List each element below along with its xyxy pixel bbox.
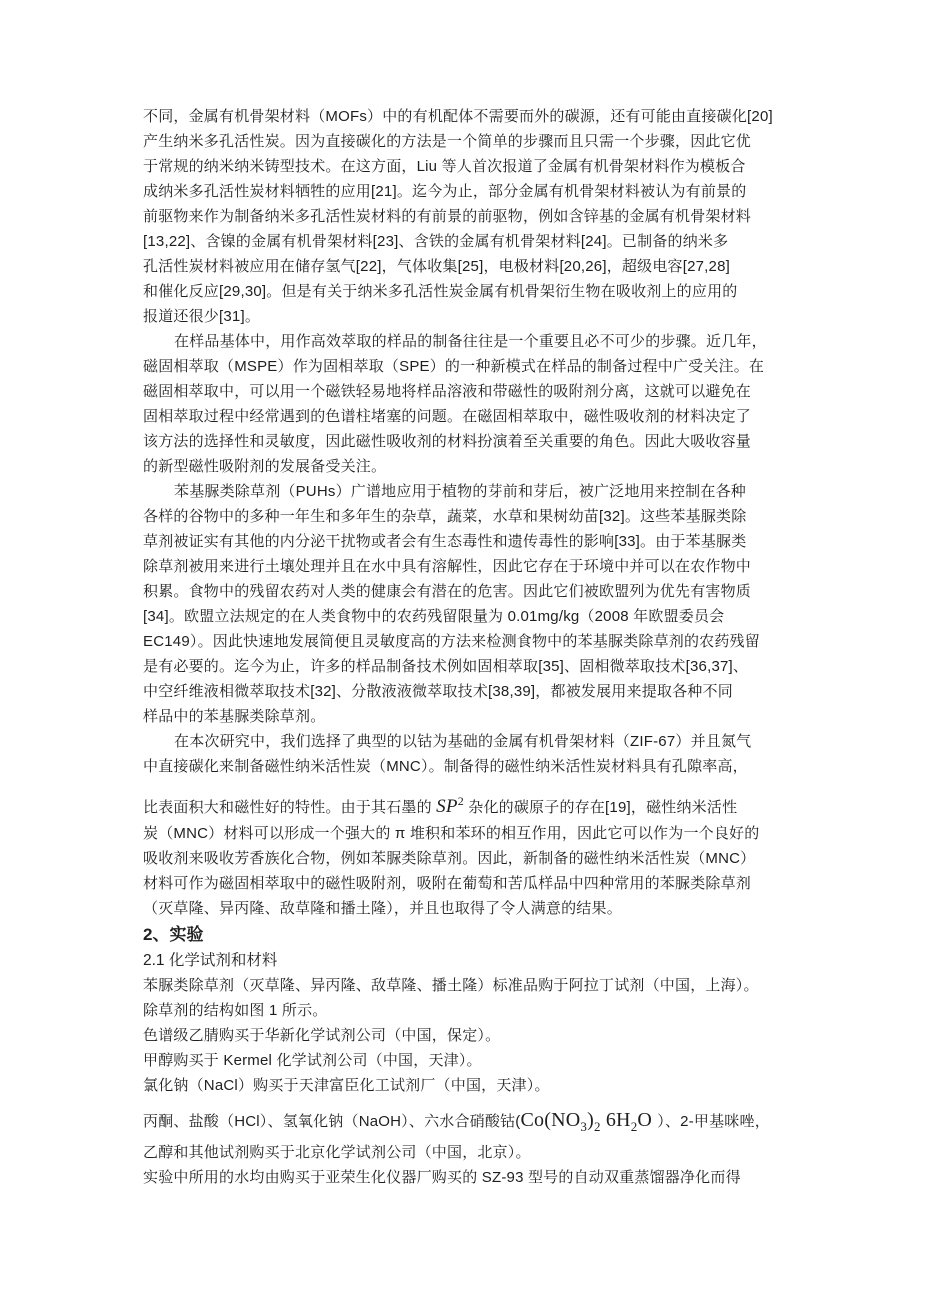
paragraph-acetonitrile-source: 色谱级乙腈购买于华新化学试剂公司（中国，保定）。 bbox=[143, 1023, 789, 1048]
text-line: 炭（MNC）材料可以形成一个强大的 π 堆积和苯环的相互作用，因此它可以作为一个… bbox=[143, 821, 789, 846]
text-segment: 报道还很少[31]。 bbox=[143, 308, 260, 325]
text-segment: 是有必要的。迄今为止，许多的样品制备技术例如固相萃取[35]、固相微萃取技术[3… bbox=[143, 658, 748, 675]
text-line: 中直接碳化来制备磁性纳米活性炭（MNC）。制备得的磁性纳米活性炭材料具有孔隙率高… bbox=[143, 754, 789, 779]
text-segment: 于常规的纳米纳米铸型技术。在这方面，Liu 等人首次报道了金属有机骨架材料作为模… bbox=[143, 158, 746, 175]
text-line: 乙醇和其他试剂购买于北京化学试剂公司（中国，北京）。 bbox=[143, 1140, 789, 1165]
document-page: 不同，金属有机骨架材料（MOFs）中的有机配体不需要而外的碳源，还有可能由直接碳… bbox=[143, 104, 789, 1190]
text-line: 中空纤维液相微萃取技术[32]、分散液液微萃取技术[38,39]，都被发展用来提… bbox=[143, 679, 789, 704]
text-line: 甲醇购买于 Kermel 化学试剂公司（中国，天津）。 bbox=[143, 1048, 789, 1073]
text-line: 氯化钠（NaCl）购买于天津富臣化工试剂厂（中国，天津）。 bbox=[143, 1073, 789, 1098]
formula-segment: O bbox=[637, 1109, 657, 1131]
text-segment: 乙醇和其他试剂购买于北京化学试剂公司（中国，北京）。 bbox=[143, 1144, 531, 1161]
text-line: 材料可作为磁固相萃取中的磁性吸附剂，吸附在葡萄和苦瓜样品中四种常用的苯脲类除草剂 bbox=[143, 871, 789, 896]
text-line: 在样品基体中，用作高效萃取的样品的制备往往是一个重要且必不可少的步骤。近几年， bbox=[143, 329, 789, 354]
text-segment: 材料可作为磁固相萃取中的磁性吸附剂，吸附在葡萄和苦瓜样品中四种常用的苯脲类除草剂 bbox=[143, 875, 751, 892]
formula-segment: 6H bbox=[601, 1109, 631, 1131]
text-segment: [34]。欧盟立法规定的在人类食物中的农药残留限量为 0.01mg/kg（200… bbox=[143, 608, 724, 625]
text-segment: 前驱物来作为制备纳米多孔活性炭材料的有前景的前驱物，例如含锌基的金属有机骨架材料 bbox=[143, 208, 751, 225]
text-segment: 磁固相萃取中，可以用一个磁铁轻易地将样品溶液和带磁性的吸附剂分离，这就可以避免在 bbox=[143, 383, 751, 400]
text-line: 是有必要的。迄今为止，许多的样品制备技术例如固相萃取[35]、固相微萃取技术[3… bbox=[143, 654, 789, 679]
text-segment: 杂化的碳原子的存在[19]，磁性纳米活性 bbox=[464, 799, 737, 816]
text-segment: 该方法的选择性和灵敏度，因此磁性吸收剂的材料扮演着至关重要的角色。因此大吸收容量 bbox=[143, 433, 751, 450]
text-segment: 中直接碳化来制备磁性纳米活性炭（MNC）。制备得的磁性纳米活性炭材料具有孔隙率高… bbox=[143, 758, 748, 775]
text-segment: 草剂被证实有其他的内分泌干扰物或者会有生态毒性和遗传毒性的影响[33]。由于苯基… bbox=[143, 533, 746, 550]
text-line: 和催化反应[29,30]。但是有关于纳米多孔活性炭金属有机骨架衍生物在吸收剂上的… bbox=[143, 279, 789, 304]
text-line: 吸收剂来吸收芳香族化合物，例如苯脲类除草剂。因此，新制备的磁性纳米活性炭（MNC… bbox=[143, 846, 789, 871]
text-segment: 苯基脲类除草剂（PUHs）广谱地应用于植物的芽前和芽后，被广泛地用来控制在各种 bbox=[174, 483, 746, 500]
text-line: 成纳米多孔活性炭材料牺牲的应用[21]。迄今为止，部分金属有机骨架材料被认为有前… bbox=[143, 179, 789, 204]
text-segment: 孔活性炭材料被应用在储存氢气[22]，气体收集[25]，电极材料[20,26]，… bbox=[143, 258, 730, 275]
text-segment: 各样的谷物中的多种一年生和多年生的杂草，蔬菜，水草和果树幼苗[32]。这些苯基脲… bbox=[143, 508, 746, 525]
text-segment: 成纳米多孔活性炭材料牺牲的应用[21]。迄今为止，部分金属有机骨架材料被认为有前… bbox=[143, 183, 746, 200]
text-segment: 除草剂被用来进行土壤处理并且在水中具有溶解性，因此它存在于环境中并可以在农作物中 bbox=[143, 558, 751, 575]
text-line: [13,22]、含镍的金属有机骨架材料[23]、含铁的金属有机骨架材料[24]。… bbox=[143, 229, 789, 254]
text-segment: ）、2-甲基咪唑， bbox=[657, 1113, 770, 1130]
text-segment: 除草剂的结构如图 1 所示。 bbox=[143, 1002, 327, 1019]
text-segment: 色谱级乙腈购买于华新化学试剂公司（中国，保定）。 bbox=[143, 1027, 500, 1044]
text-line: EC149）。因此快速地发展简便且灵敏度高的方法来检测食物中的苯基脲类除草剂的农… bbox=[143, 629, 789, 654]
formula-segment: ) bbox=[587, 1109, 594, 1131]
text-segment: 炭（MNC）材料可以形成一个强大的 π 堆积和苯环的相互作用，因此它可以作为一个… bbox=[143, 825, 759, 842]
text-line: （灭草隆、异丙隆、敌草隆和播土隆），并且也取得了令人满意的结果。 bbox=[143, 896, 789, 921]
text-line: 固相萃取过程中经常遇到的色谱柱堵塞的问题。在磁固相萃取中，磁性吸收剂的材料决定了 bbox=[143, 404, 789, 429]
section-heading-experiment: 2、实验 bbox=[143, 921, 789, 948]
text-line: 草剂被证实有其他的内分泌干扰物或者会有生态毒性和遗传毒性的影响[33]。由于苯基… bbox=[143, 529, 789, 554]
document-body: 不同，金属有机骨架材料（MOFs）中的有机配体不需要而外的碳源，还有可能由直接碳… bbox=[143, 104, 789, 1190]
paragraph-mspe-introduction: 在样品基体中，用作高效萃取的样品的制备往往是一个重要且必不可少的步骤。近几年，磁… bbox=[143, 329, 789, 479]
text-line: 孔活性炭材料被应用在储存氢气[22]，气体收集[25]，电极材料[20,26]，… bbox=[143, 254, 789, 279]
text-segment: 在本次研究中，我们选择了典型的以钴为基础的金属有机骨架材料（ZIF-67）并且氮… bbox=[174, 733, 751, 750]
text-line: 除草剂的结构如图 1 所示。 bbox=[143, 998, 789, 1023]
text-line: 各样的谷物中的多种一年生和多年生的杂草，蔬菜，水草和果树幼苗[32]。这些苯基脲… bbox=[143, 504, 789, 529]
text-segment: 和催化反应[29,30]。但是有关于纳米多孔活性炭金属有机骨架衍生物在吸收剂上的… bbox=[143, 283, 737, 300]
formula-segment: 2 bbox=[594, 1119, 601, 1134]
paragraph-herbicide-standards: 苯脲类除草剂（灭草隆、异丙隆、敌草隆、播土隆）标准品购于阿拉丁试剂（中国，上海）… bbox=[143, 973, 789, 1023]
text-line: 磁固相萃取中，可以用一个磁铁轻易地将样品溶液和带磁性的吸附剂分离，这就可以避免在 bbox=[143, 379, 789, 404]
text-line: 除草剂被用来进行土壤处理并且在水中具有溶解性，因此它存在于环境中并可以在农作物中 bbox=[143, 554, 789, 579]
text-line: [34]。欧盟立法规定的在人类食物中的农药残留限量为 0.01mg/kg（200… bbox=[143, 604, 789, 629]
formula-segment: SP bbox=[436, 796, 458, 817]
text-segment: 氯化钠（NaCl）购买于天津富臣化工试剂厂（中国，天津）。 bbox=[143, 1077, 550, 1094]
paragraph-other-reagents: 丙酮、盐酸（HCl）、氢氧化钠（NaOH）、六水合硝酸钴(Co(NO3)2 6H… bbox=[143, 1102, 789, 1165]
text-segment: （灭草隆、异丙隆、敌草隆和播土隆），并且也取得了令人满意的结果。 bbox=[143, 900, 622, 917]
text-segment: 产生纳米多孔活性炭。因为直接碳化的方法是一个简单的步骤而且只需一个步骤，因此它优 bbox=[143, 133, 751, 150]
paragraph-phenylurea-herbicides: 苯基脲类除草剂（PUHs）广谱地应用于植物的芽前和芽后，被广泛地用来控制在各种各… bbox=[143, 479, 789, 729]
text-line: 该方法的选择性和灵敏度，因此磁性吸收剂的材料扮演着至关重要的角色。因此大吸收容量 bbox=[143, 429, 789, 454]
text-line: 不同，金属有机骨架材料（MOFs）中的有机配体不需要而外的碳源，还有可能由直接碳… bbox=[143, 104, 789, 129]
text-segment: 在样品基体中，用作高效萃取的样品的制备往往是一个重要且必不可少的步骤。近几年， bbox=[174, 333, 767, 350]
paragraph-nacl-source: 氯化钠（NaCl）购买于天津富臣化工试剂厂（中国，天津）。 bbox=[143, 1073, 789, 1098]
paragraph-water-purification: 实验中所用的水均由购买于亚荣生化仪器厂购买的 SZ-93 型号的自动双重蒸馏器净… bbox=[143, 1165, 789, 1190]
text-segment: 不同，金属有机骨架材料（MOFs）中的有机配体不需要而外的碳源，还有可能由直接碳… bbox=[143, 108, 773, 125]
formula-segment: Co(NO bbox=[520, 1109, 580, 1131]
text-segment: 样品中的苯基脲类除草剂。 bbox=[143, 708, 325, 725]
text-line: 在本次研究中，我们选择了典型的以钴为基础的金属有机骨架材料（ZIF-67）并且氮… bbox=[143, 729, 789, 754]
text-segment: 实验中所用的水均由购买于亚荣生化仪器厂购买的 SZ-93 型号的自动双重蒸馏器净… bbox=[143, 1169, 741, 1186]
text-line: 于常规的纳米纳米铸型技术。在这方面，Liu 等人首次报道了金属有机骨架材料作为模… bbox=[143, 154, 789, 179]
text-segment: 吸收剂来吸收芳香族化合物，例如苯脲类除草剂。因此，新制备的磁性纳米活性炭（MNC… bbox=[143, 850, 755, 867]
text-line: 报道还很少[31]。 bbox=[143, 304, 789, 329]
paragraph-mof-direct-carbonization: 不同，金属有机骨架材料（MOFs）中的有机配体不需要而外的碳源，还有可能由直接碳… bbox=[143, 104, 789, 329]
text-segment: 比表面积大和磁性好的特性。由于其石墨的 bbox=[143, 799, 436, 816]
paragraph-methanol-source: 甲醇购买于 Kermel 化学试剂公司（中国，天津）。 bbox=[143, 1048, 789, 1073]
subsection-heading-reagents: 2.1 化学试剂和材料 bbox=[143, 948, 789, 973]
text-line: 的新型磁性吸附剂的发展备受关注。 bbox=[143, 454, 789, 479]
text-segment: 丙酮、盐酸（HCl）、氢氧化钠（NaOH）、六水合硝酸钴( bbox=[143, 1113, 520, 1130]
text-segment: 固相萃取过程中经常遇到的色谱柱堵塞的问题。在磁固相萃取中，磁性吸收剂的材料决定了 bbox=[143, 408, 751, 425]
text-line: 前驱物来作为制备纳米多孔活性炭材料的有前景的前驱物，例如含锌基的金属有机骨架材料 bbox=[143, 204, 789, 229]
text-line: 苯基脲类除草剂（PUHs）广谱地应用于植物的芽前和芽后，被广泛地用来控制在各种 bbox=[143, 479, 789, 504]
text-line: 产生纳米多孔活性炭。因为直接碳化的方法是一个简单的步骤而且只需一个步骤，因此它优 bbox=[143, 129, 789, 154]
text-segment: 甲醇购买于 Kermel 化学试剂公司（中国，天津）。 bbox=[143, 1052, 482, 1069]
text-segment: [13,22]、含镍的金属有机骨架材料[23]、含铁的金属有机骨架材料[24]。… bbox=[143, 233, 728, 250]
text-line: 比表面积大和磁性好的特性。由于其石墨的 SP2 杂化的碳原子的存在[19]，磁性… bbox=[143, 783, 789, 819]
text-line: 样品中的苯基脲类除草剂。 bbox=[143, 704, 789, 729]
text-segment: 磁固相萃取（MSPE）作为固相萃取（SPE）的一种新模式在样品的制备过程中广受关… bbox=[143, 358, 764, 375]
text-line: 积累。食物中的残留农药对人类的健康会有潜在的危害。因此它们被欧盟列为优先有害物质 bbox=[143, 579, 789, 604]
text-line: 色谱级乙腈购买于华新化学试剂公司（中国，保定）。 bbox=[143, 1023, 789, 1048]
text-segment: 中空纤维液相微萃取技术[32]、分散液液微萃取技术[38,39]，都被发展用来提… bbox=[143, 683, 733, 700]
text-line: 苯脲类除草剂（灭草隆、异丙隆、敌草隆、播土隆）标准品购于阿拉丁试剂（中国，上海）… bbox=[143, 973, 789, 998]
text-segment: EC149）。因此快速地发展简便且灵敏度高的方法来检测食物中的苯基脲类除草剂的农… bbox=[143, 633, 760, 650]
text-line: 丙酮、盐酸（HCl）、氢氧化钠（NaOH）、六水合硝酸钴(Co(NO3)2 6H… bbox=[143, 1102, 789, 1138]
text-line: 实验中所用的水均由购买于亚荣生化仪器厂购买的 SZ-93 型号的自动双重蒸馏器净… bbox=[143, 1165, 789, 1190]
paragraph-mnc-this-study: 在本次研究中，我们选择了典型的以钴为基础的金属有机骨架材料（ZIF-67）并且氮… bbox=[143, 729, 789, 921]
text-segment: 苯脲类除草剂（灭草隆、异丙隆、敌草隆、播土隆）标准品购于阿拉丁试剂（中国，上海）… bbox=[143, 977, 759, 994]
text-segment: 的新型磁性吸附剂的发展备受关注。 bbox=[143, 458, 386, 475]
text-segment: 积累。食物中的残留农药对人类的健康会有潜在的危害。因此它们被欧盟列为优先有害物质 bbox=[143, 583, 751, 600]
text-line: 磁固相萃取（MSPE）作为固相萃取（SPE）的一种新模式在样品的制备过程中广受关… bbox=[143, 354, 789, 379]
